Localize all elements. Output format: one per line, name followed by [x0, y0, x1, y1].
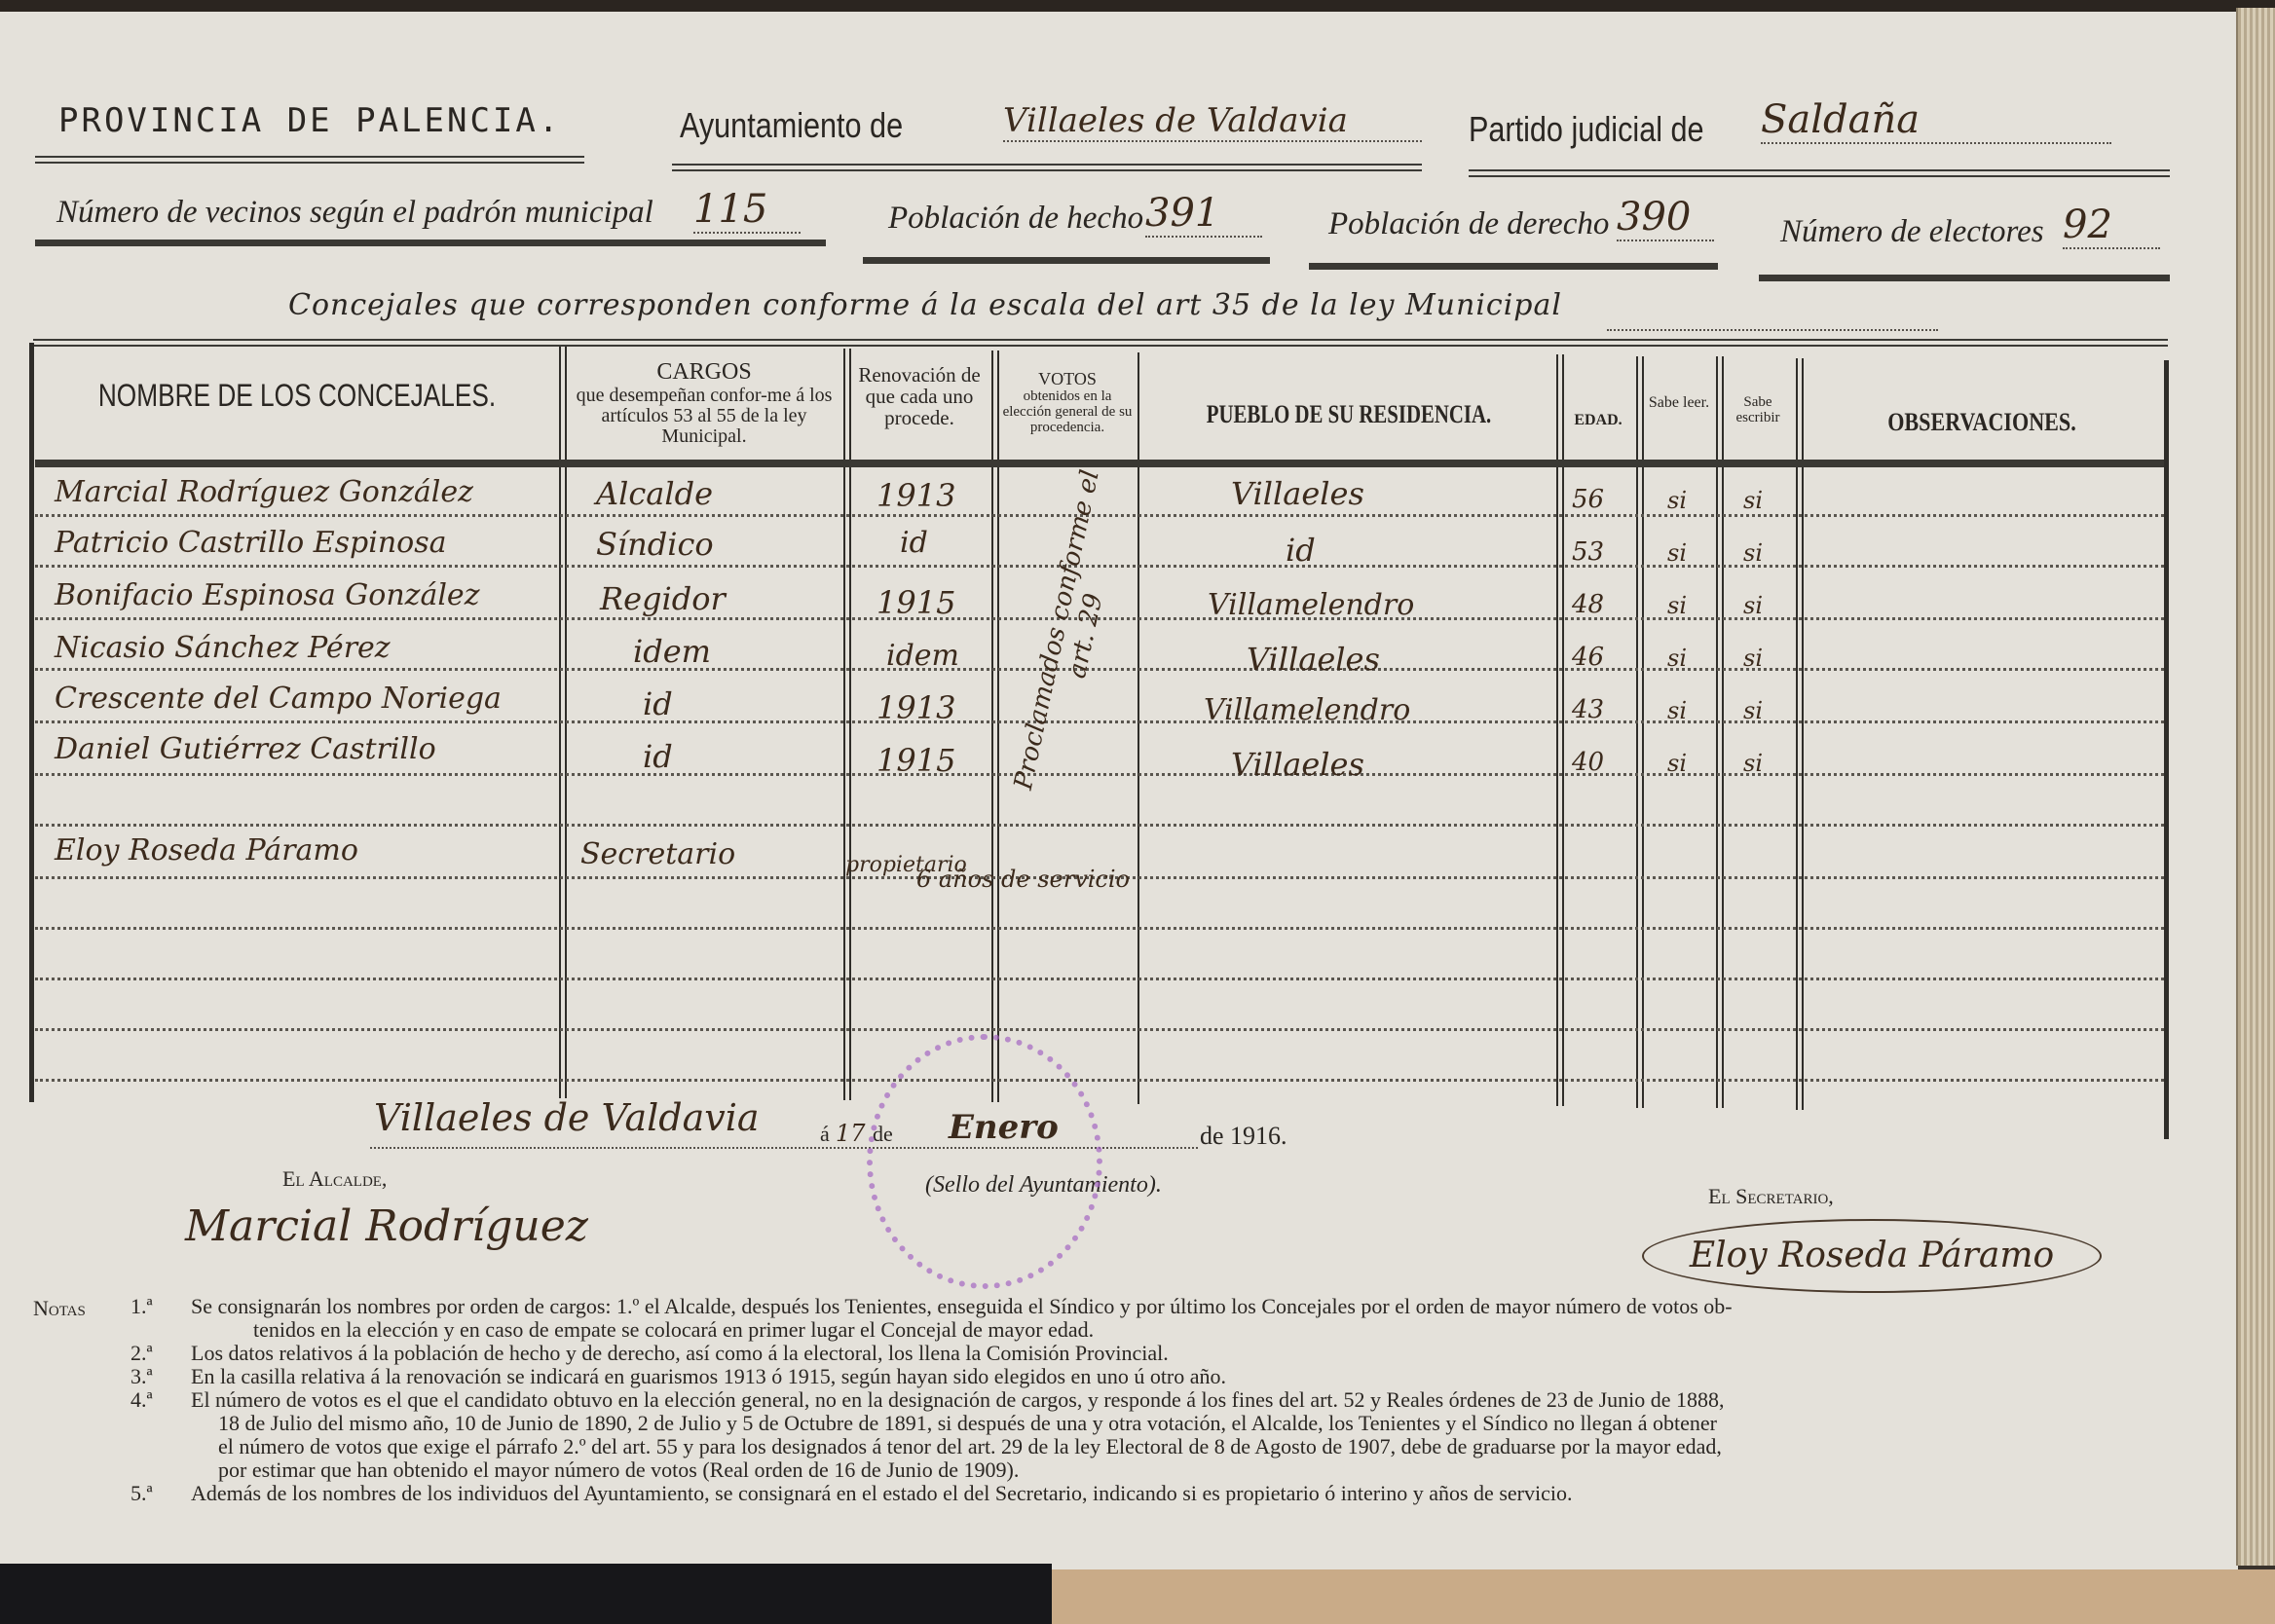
col-header-nombre: NOMBRE DE LOS CONCEJALES.	[86, 380, 509, 413]
cell-nombre: Nicasio Sánchez Pérez	[55, 631, 391, 665]
heading-dotted-line	[1607, 329, 1938, 331]
cell-leer: si	[1667, 592, 1687, 619]
alcalde-label: El Alcalde,	[282, 1166, 387, 1192]
note-line: tenidos en la elección y en caso de empa…	[131, 1318, 2156, 1342]
row-line	[35, 978, 2164, 980]
municipal-stamp	[867, 1034, 1102, 1289]
cell-leer: si	[1667, 750, 1687, 777]
cell-renovacion: 1913	[876, 477, 955, 514]
col-header-cargos-sub: que desempeñan confor-me á los artículos…	[567, 386, 841, 447]
cell-escribir: si	[1743, 539, 1763, 567]
partido-value: Saldaña	[1761, 97, 2111, 144]
note-number	[131, 1458, 218, 1482]
electores-label: Número de electores	[1780, 214, 2044, 250]
footer-year: de 1916.	[1200, 1122, 1287, 1151]
table-right-border	[2164, 360, 2169, 1139]
cell-pueblo: id	[1286, 532, 1316, 569]
cell-pueblo: Villaeles	[1247, 641, 1380, 678]
cell-cargo: id	[643, 685, 673, 722]
row-line	[35, 824, 2164, 827]
divider	[1469, 169, 2170, 177]
divider	[1309, 263, 1718, 270]
note-text: El número de votos es el que el candidat…	[191, 1388, 1725, 1412]
cell-pueblo: Villamelendro	[1204, 693, 1410, 727]
cell-nombre: Eloy Roseda Páramo	[55, 833, 358, 867]
note-line: el número de votos que exige el párrafo …	[131, 1435, 2156, 1458]
cell-cargo: Secretario	[580, 837, 735, 871]
cell-escribir: si	[1743, 750, 1763, 777]
province-title: PROVINCIA DE PALENCIA.	[58, 101, 561, 140]
cell-escribir: si	[1743, 487, 1763, 514]
cell-renovacion: 1915	[876, 584, 955, 621]
col-header-observaciones: OBSERVACIONES.	[1830, 409, 2133, 435]
cell-leer: si	[1667, 487, 1687, 514]
cell-votos: 6 años de servicio	[915, 857, 1130, 902]
concejales-heading: Concejales que corresponden conforme á l…	[288, 288, 1562, 322]
book-cover-shadow	[0, 1564, 1052, 1624]
cell-edad: 46	[1572, 643, 1604, 672]
divider	[35, 156, 584, 164]
col-header-renovacion: Renovación de que cada uno procede.	[851, 364, 988, 428]
cell-cargo: id	[643, 738, 673, 775]
hecho-value: 391	[1145, 191, 1262, 238]
cell-pueblo: Villamelendro	[1208, 588, 1414, 622]
note-line: 18 de Julio del mismo año, 10 de Junio d…	[131, 1412, 2156, 1435]
note-text: por estimar que han obtenido el mayor nú…	[218, 1458, 1019, 1482]
note-number: 4.ª	[131, 1388, 191, 1412]
row-line	[35, 773, 2164, 776]
footer-day: 17	[836, 1120, 866, 1147]
cell-cargo: idem	[633, 633, 711, 670]
col-header-votos-title: VOTOS	[999, 370, 1136, 388]
col-header-leer: Sabe leer.	[1644, 395, 1714, 412]
cell-nombre: Crescente del Campo Noriega	[55, 682, 502, 716]
col-sep	[1716, 356, 1724, 1108]
divider	[672, 164, 1422, 171]
cell-nombre: Patricio Castrillo Espinosa	[55, 526, 446, 560]
col-sep	[1796, 358, 1804, 1110]
cell-leer: si	[1667, 697, 1687, 724]
vecinos-value: 115	[693, 187, 801, 234]
note-line: 4.ªEl número de votos es el que el candi…	[131, 1388, 2156, 1412]
note-line: 3.ªEn la casilla relativa á la renovació…	[131, 1365, 2156, 1388]
cell-cargo: Alcalde	[596, 475, 713, 512]
col-sep	[1636, 356, 1644, 1108]
note-text: Además de los nombres de los individuos …	[191, 1482, 1572, 1505]
note-text: 18 de Julio del mismo año, 10 de Junio d…	[218, 1412, 1717, 1435]
table-left-border	[29, 343, 34, 1102]
col-header-votos-sub: obtenidos en la elección general de su p…	[999, 389, 1136, 435]
note-number: 3.ª	[131, 1365, 191, 1388]
note-text: tenidos en la elección y en caso de empa…	[253, 1318, 1094, 1342]
divider	[35, 240, 826, 246]
cell-edad: 43	[1572, 695, 1604, 724]
derecho-label: Población de derecho	[1328, 206, 1609, 242]
secretario-signature: Eloy Roseda Páramo	[1642, 1219, 2102, 1293]
col-header-pueblo: PUEBLO DE SU RESIDENCIA.	[1189, 401, 1509, 427]
col-header-edad: EDAD.	[1562, 413, 1634, 429]
divider	[863, 257, 1270, 264]
cell-leer: si	[1667, 539, 1687, 567]
note-number	[131, 1435, 218, 1458]
row-line	[35, 927, 2164, 930]
cell-escribir: si	[1743, 697, 1763, 724]
note-text: el número de votos que exige el párrafo …	[218, 1435, 1722, 1458]
note-line: por estimar que han obtenido el mayor nú…	[131, 1458, 2156, 1482]
note-number: 5.ª	[131, 1482, 191, 1505]
note-number	[131, 1412, 218, 1435]
cell-renovacion: 1915	[876, 742, 955, 779]
cell-escribir: si	[1743, 645, 1763, 672]
cell-renovacion: idem	[886, 639, 959, 673]
secretario-label: El Secretario,	[1708, 1184, 1834, 1209]
col-header-cargos-title: CARGOS	[567, 360, 841, 385]
row-line	[35, 1028, 2164, 1031]
row-line	[35, 668, 2164, 671]
divider	[1759, 275, 2170, 281]
cell-escribir: si	[1743, 592, 1763, 619]
ayuntamiento-label: Ayuntamiento de	[680, 105, 903, 146]
row-line	[35, 720, 2164, 723]
footer-a: á	[820, 1122, 830, 1147]
cell-edad: 48	[1572, 590, 1604, 619]
note-number	[131, 1318, 253, 1342]
note-line: 5.ªAdemás de los nombres de los individu…	[131, 1482, 2156, 1505]
alcalde-signature: Marcial Rodríguez	[185, 1201, 588, 1251]
page-stack-edge	[2236, 8, 2275, 1566]
col-header-escribir: Sabe escribir	[1722, 395, 1794, 426]
note-number: 2.ª	[131, 1342, 191, 1365]
electores-value: 92	[2063, 203, 2160, 249]
note-line: 2.ªLos datos relativos á la población de…	[131, 1342, 2156, 1365]
cell-leer: si	[1667, 645, 1687, 672]
cell-nombre: Bonifacio Espinosa González	[55, 578, 480, 612]
cell-edad: 53	[1572, 537, 1604, 567]
cell-cargo: Síndico	[596, 526, 714, 563]
cell-nombre: Daniel Gutiérrez Castrillo	[55, 732, 436, 766]
cell-edad: 56	[1572, 485, 1604, 514]
footer-place: Villaeles de Valdavia	[374, 1096, 760, 1139]
row-line	[35, 1079, 2164, 1082]
note-text: En la casilla relativa á la renovación s…	[191, 1365, 1226, 1388]
hecho-label: Población de hecho	[888, 201, 1143, 237]
notes-list: 1.ªSe consignarán los nombres por orden …	[131, 1295, 2156, 1505]
vecinos-label: Número de vecinos según el padrón munici…	[56, 195, 653, 231]
note-line: 1.ªSe consignarán los nombres por orden …	[131, 1295, 2156, 1318]
derecho-value: 390	[1617, 195, 1714, 241]
ayuntamiento-value: Villaeles de Valdavia	[1003, 101, 1422, 142]
cell-edad: 40	[1572, 748, 1604, 777]
table-top-border	[33, 339, 2168, 347]
cell-pueblo: Villaeles	[1231, 746, 1364, 783]
cell-cargo: Regidor	[600, 580, 726, 617]
note-text: Se consignarán los nombres por orden de …	[191, 1295, 1733, 1318]
note-number: 1.ª	[131, 1295, 191, 1318]
notes-label: Notas	[33, 1297, 86, 1320]
cell-nombre: Marcial Rodríguez González	[55, 475, 473, 509]
cell-renovacion: id	[900, 526, 928, 560]
cell-renovacion: 1913	[876, 689, 955, 726]
note-text: Los datos relativos á la población de he…	[191, 1342, 1169, 1365]
cell-pueblo: Villaeles	[1231, 475, 1364, 512]
partido-label: Partido judicial de	[1469, 109, 1704, 150]
